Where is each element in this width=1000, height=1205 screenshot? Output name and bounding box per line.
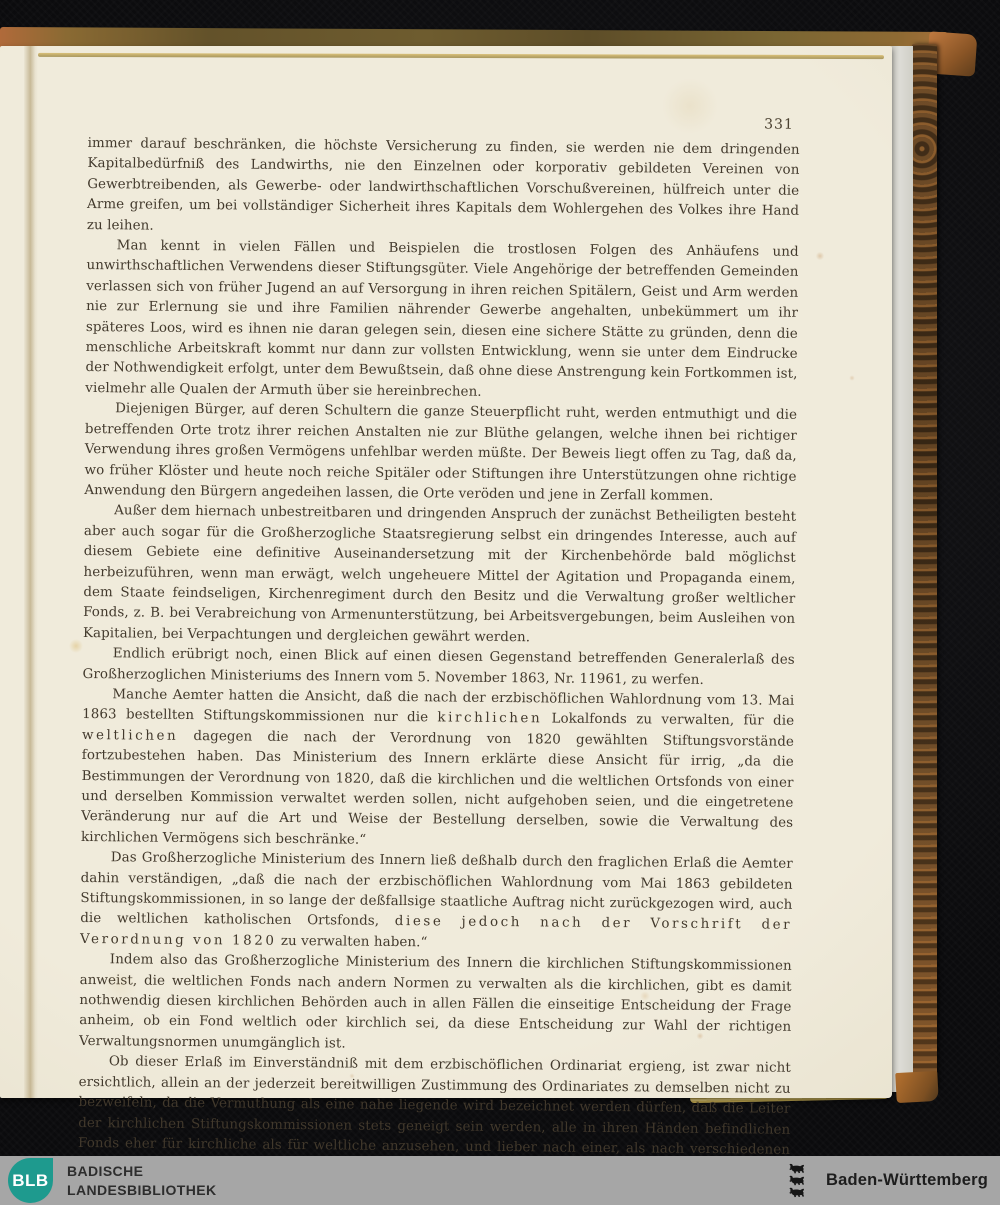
book-cover-corner-bottom — [895, 1071, 939, 1103]
paragraph: Außer dem hiernach unbestreitbaren und d… — [83, 501, 796, 651]
viewer-footer-bar: BLB BADISCHE LANDESBIBLIOTHEK Baden-Würt… — [0, 1156, 1000, 1205]
endpaper-edge — [891, 46, 913, 1092]
text-block: immer darauf beschränken, die höchste Ve… — [78, 134, 800, 1182]
book-scan: 331 immer darauf beschränken, die höchst… — [0, 0, 1000, 1156]
library-name-line1: BADISCHE — [67, 1162, 217, 1180]
state-name: Baden-Württemberg — [826, 1171, 988, 1190]
library-name: BADISCHE LANDESBIBLIOTHEK — [67, 1162, 217, 1198]
paragraph: Endlich erübrigt noch, einen Blick auf e… — [82, 644, 794, 692]
printed-text: 331 immer darauf beschränken, die höchst… — [78, 110, 800, 1205]
book-page: 331 immer darauf beschränken, die höchst… — [0, 46, 892, 1098]
paragraph: Manche Aemter hatten die Ansicht, daß di… — [81, 685, 795, 855]
gilt-head-edge — [38, 53, 884, 59]
blb-logo-text: BLB — [12, 1171, 48, 1191]
blb-logo[interactable]: BLB — [8, 1158, 53, 1203]
paragraph: Indem also das Großherzogliche Ministeri… — [79, 950, 792, 1059]
state-logo-group: Baden-Württemberg — [784, 1161, 988, 1201]
paragraph: Diejenigen Bürger, auf deren Schultern d… — [84, 399, 797, 508]
library-name-line2: LANDESBIBLIOTHEK — [67, 1181, 217, 1199]
paragraph: immer darauf beschränken, die höchste Ve… — [87, 134, 800, 243]
baden-wuerttemberg-coat-of-arms-icon — [784, 1161, 814, 1201]
marbled-board-edge — [912, 44, 937, 1092]
paragraph: Man kennt in vielen Fällen und Beispiele… — [85, 236, 799, 406]
paragraph: Das Großherzogliche Ministerium des Inne… — [80, 848, 793, 957]
